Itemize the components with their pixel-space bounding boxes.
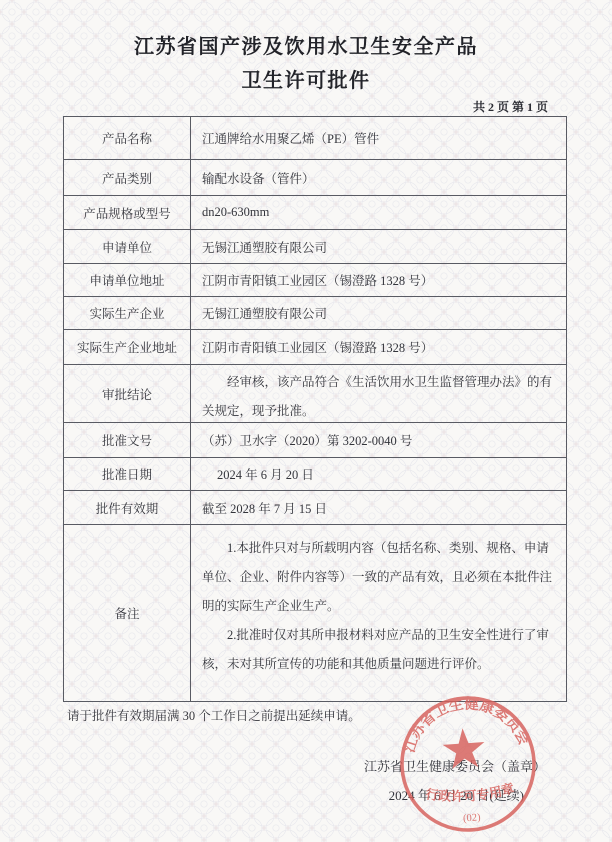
approval-table: 产品名称 江通牌给水用聚乙烯（PE）管件 产品类别 输配水设备（管件） 产品规格… <box>63 116 567 702</box>
row-value: 无锡江通塑胶有限公司 <box>191 297 566 329</box>
row-value: 截至 2028 年 7 月 15 日 <box>191 491 566 524</box>
table-row-applicant-address: 申请单位地址 江阴市青阳镇工业园区（锡澄路 1328 号） <box>64 264 566 297</box>
row-label: 产品类别 <box>64 160 191 195</box>
row-value: 输配水设备（管件） <box>191 160 566 195</box>
row-value: 经审核，该产品符合《生活饮用水卫生监督管理办法》的有关规定，现予批准。 <box>191 365 566 422</box>
row-label: 审批结论 <box>64 365 191 422</box>
row-label: 申请单位地址 <box>64 264 191 296</box>
renewal-note: 请于批件有效期届满 30 个工作日之前提出延续申请。 <box>67 706 361 724</box>
table-row-approval-number: 批准文号 （苏）卫水字（2020）第 3202-0040 号 <box>64 423 566 458</box>
row-label: 批件有效期 <box>64 491 191 524</box>
seal-type-text: 行政许可专用章 <box>424 780 517 806</box>
row-value: 1.本批件只对与所载明内容（包括名称、类别、规格、申请单位、企业、附件内容等）一… <box>191 525 566 701</box>
table-row-product-name: 产品名称 江通牌给水用聚乙烯（PE）管件 <box>64 117 566 160</box>
row-value: dn20-630mm <box>191 196 566 229</box>
table-row-product-spec: 产品规格或型号 dn20-630mm <box>64 196 566 230</box>
row-label: 产品名称 <box>64 117 191 159</box>
row-label: 申请单位 <box>64 230 191 263</box>
row-value: 江通牌给水用聚乙烯（PE）管件 <box>191 117 566 159</box>
document-title-line1: 江苏省国产涉及饮用水卫生安全产品 <box>0 0 612 59</box>
conclusion-text: 经审核，该产品符合《生活饮用水卫生监督管理办法》的有关规定，现予批准。 <box>202 368 558 426</box>
row-label: 产品规格或型号 <box>64 196 191 229</box>
row-value: 2024 年 6 月 20 日 <box>191 458 566 490</box>
seal-star-icon <box>442 727 486 770</box>
table-row-validity: 批件有效期 截至 2028 年 7 月 15 日 <box>64 491 566 525</box>
row-label: 实际生产企业 <box>64 297 191 329</box>
row-label: 备注 <box>64 525 191 701</box>
table-row-approval-conclusion: 审批结论 经审核，该产品符合《生活饮用水卫生监督管理办法》的有关规定，现予批准。 <box>64 365 566 423</box>
table-row-product-category: 产品类别 输配水设备（管件） <box>64 160 566 196</box>
row-label: 批准文号 <box>64 423 191 457</box>
svg-text:行政许可专用章: 行政许可专用章 <box>424 780 517 806</box>
table-row-remarks: 备注 1.本批件只对与所载明内容（包括名称、类别、规格、申请单位、企业、附件内容… <box>64 525 566 701</box>
table-row-approval-date: 批准日期 2024 年 6 月 20 日 <box>64 458 566 491</box>
row-label: 批准日期 <box>64 458 191 490</box>
row-value: 无锡江通塑胶有限公司 <box>191 230 566 263</box>
row-value: 江阴市青阳镇工业园区（锡澄路 1328 号） <box>191 330 566 364</box>
remarks-paragraph-2: 2.批准时仅对其所申报材料对应产品的卫生安全性进行了审核，未对其所宣传的功能和其… <box>202 621 558 679</box>
row-value: 江阴市青阳镇工业园区（锡澄路 1328 号） <box>191 264 566 296</box>
table-row-manufacturer: 实际生产企业 无锡江通塑胶有限公司 <box>64 297 566 330</box>
document-title-line2: 卫生许可批件 <box>0 59 612 93</box>
table-row-applicant: 申请单位 无锡江通塑胶有限公司 <box>64 230 566 264</box>
page-count: 共 2 页 第 1 页 <box>473 98 548 115</box>
official-seal: 江苏省卫生健康委员会 行政许可专用章 (02) <box>389 683 547 842</box>
row-value: （苏）卫水字（2020）第 3202-0040 号 <box>191 423 566 457</box>
table-row-manufacturer-address: 实际生产企业地址 江阴市青阳镇工业园区（锡澄路 1328 号） <box>64 330 566 365</box>
remarks-paragraph-1: 1.本批件只对与所载明内容（包括名称、类别、规格、申请单位、企业、附件内容等）一… <box>202 534 558 621</box>
seal-number: (02) <box>463 812 482 824</box>
row-label: 实际生产企业地址 <box>64 330 191 364</box>
